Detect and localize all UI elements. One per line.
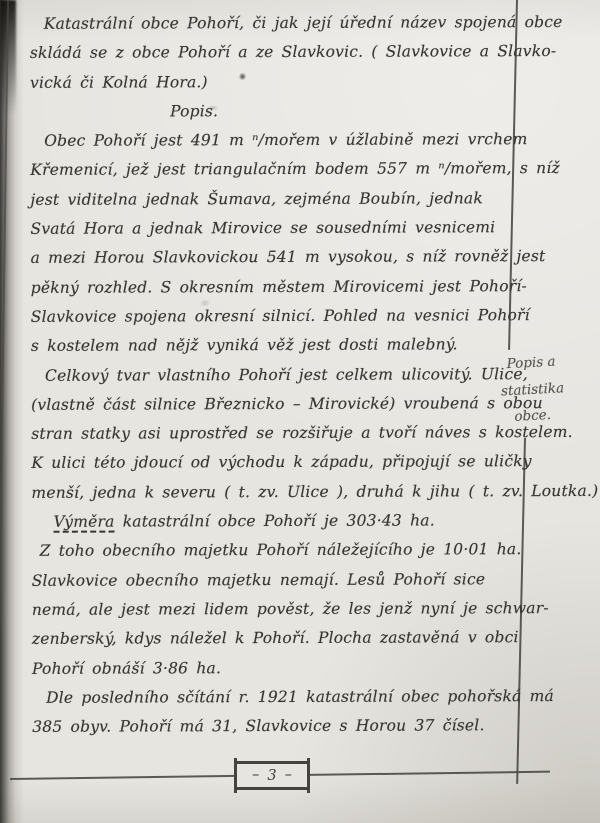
manuscript-page: Katastrální obce Pohoří, či jak její úře… (0, 0, 600, 823)
manuscript-line: (vlastně část silnice Březnicko – Mirovi… (31, 389, 513, 420)
manuscript-line: Křemenicí, jež jest triangulačním bodem … (30, 155, 512, 186)
margin-note-line: obce. (514, 399, 599, 430)
manuscript-line: Katastrální obce Pohoří, či jak její úře… (44, 8, 512, 39)
manuscript-line: skládá se z obce Pohoří a ze Slavkovic. … (30, 37, 512, 68)
manuscript-line: Popis. (170, 96, 512, 126)
manuscript-line: zenberský, kdys náležel k Pohoří. Plocha… (32, 623, 514, 654)
manuscript-line: Slavkovice obecního majetku nemají. Lesů… (32, 565, 514, 596)
manuscript-line: Celkový tvar vlastního Pohoří jest celke… (45, 360, 513, 391)
binding-shadow (0, 0, 26, 823)
manuscript-line: Obec Pohoří jest 491 m ⁿ/mořem v úžlabin… (44, 125, 512, 156)
manuscript-line: K ulici této jdoucí od východu k západu,… (31, 448, 513, 479)
left-margin-rule (0, 0, 9, 808)
manuscript-line: Výměra katastrální obce Pohoří je 303·43… (53, 506, 513, 537)
manuscript-line: s kostelem nad nějž vyniká věž jest dost… (31, 330, 513, 361)
manuscript-line: Svatá Hora a jednak Mirovice se sousední… (30, 213, 512, 244)
page-number: 3 (267, 768, 276, 784)
manuscript-line: pěkný rozhled. S okresním městem Mirovic… (31, 272, 513, 303)
manuscript-line: Slavkovice spojena okresní silnicí. Pohl… (31, 301, 513, 332)
manuscript-line: Dle posledního sčítání r. 1921 katastrál… (46, 682, 514, 713)
manuscript-text: Katastrální obce Pohoří, či jak její úře… (30, 8, 515, 742)
manuscript-line: Z toho obecního majetku Pohoří náležejíc… (40, 536, 514, 567)
page-number-box: – 3 – (234, 761, 310, 790)
manuscript-line: 385 obyv. Pohoří má 31, Slavkovice s Hor… (32, 711, 514, 742)
manuscript-line: nemá, ale jest mezi lidem pověst, že les… (32, 594, 514, 625)
page-number-dash: – (285, 767, 292, 783)
page-number-dash: – (252, 767, 259, 783)
manuscript-line: Pohoří obnáší 3·86 ha. (32, 653, 514, 684)
margin-note: Popis a statistika obce. (499, 347, 599, 431)
manuscript-line: a mezi Horou Slavkovickou 541 m vysokou,… (31, 243, 513, 274)
manuscript-line: stran statky asi uprostřed se rozšiřuje … (31, 418, 513, 449)
manuscript-line: jest viditelna jednak Šumava, zejména Bo… (30, 184, 512, 215)
manuscript-line: menší, jedna k severu ( t. zv. Ulice ), … (31, 477, 513, 508)
underlined-word: Výměra (53, 513, 114, 533)
manuscript-line: vická či Kolná Hora.) (30, 67, 512, 98)
